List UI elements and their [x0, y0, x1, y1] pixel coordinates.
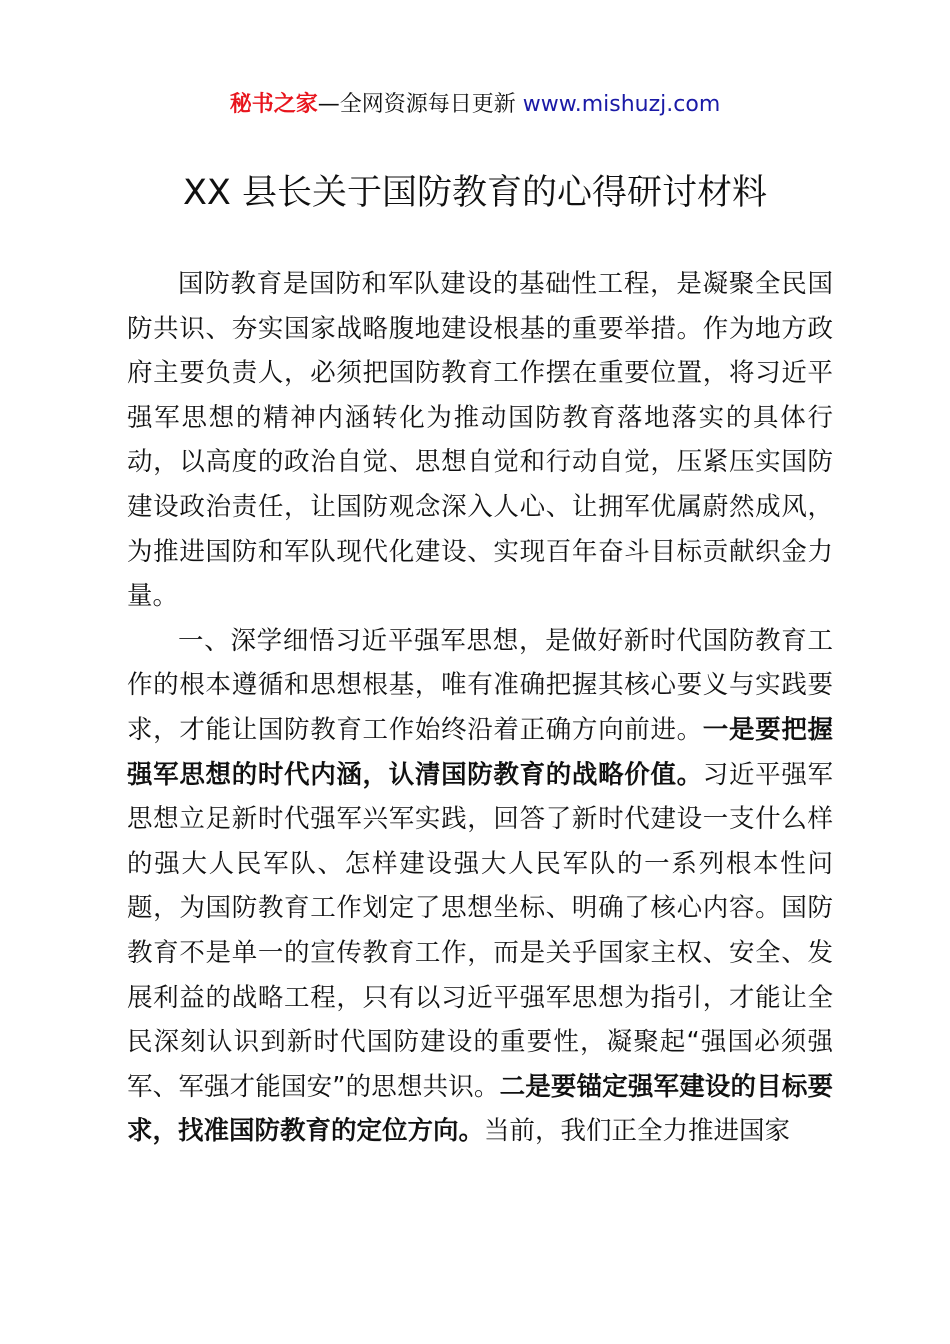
document-title: XX 县长关于国防教育的心得研讨材料: [0, 168, 950, 218]
document-body: 国防教育是国防和军队建设的基础性工程，是凝聚全民国防共识、夯实国家战略腹地建设根…: [127, 262, 833, 1154]
section-one-paragraph: 一、深学细悟习近平强军思想，是做好新时代国防教育工作的根本遵循和思想根基，唯有准…: [127, 619, 833, 1154]
paragraph-text: 国防教育是国防和军队建设的基础性工程，是凝聚全民国防共识、夯实国家战略腹地建设根…: [127, 269, 833, 611]
paragraph-text: 习近平强军思想立足新时代强军兴军实践，回答了新时代建设一支什么样的强大人民军队、…: [127, 760, 833, 1102]
site-url-link[interactable]: www.mishuzj.com: [523, 92, 720, 117]
site-tagline: —全网资源每日更新: [318, 92, 523, 117]
site-brand: 秘书之家: [230, 92, 318, 117]
intro-paragraph: 国防教育是国防和军队建设的基础性工程，是凝聚全民国防共识、夯实国家战略腹地建设根…: [127, 262, 833, 619]
paragraph-text: 当前，我们正全力推进国家: [484, 1116, 790, 1146]
site-header: 秘书之家—全网资源每日更新 www.mishuzj.com: [0, 88, 950, 122]
